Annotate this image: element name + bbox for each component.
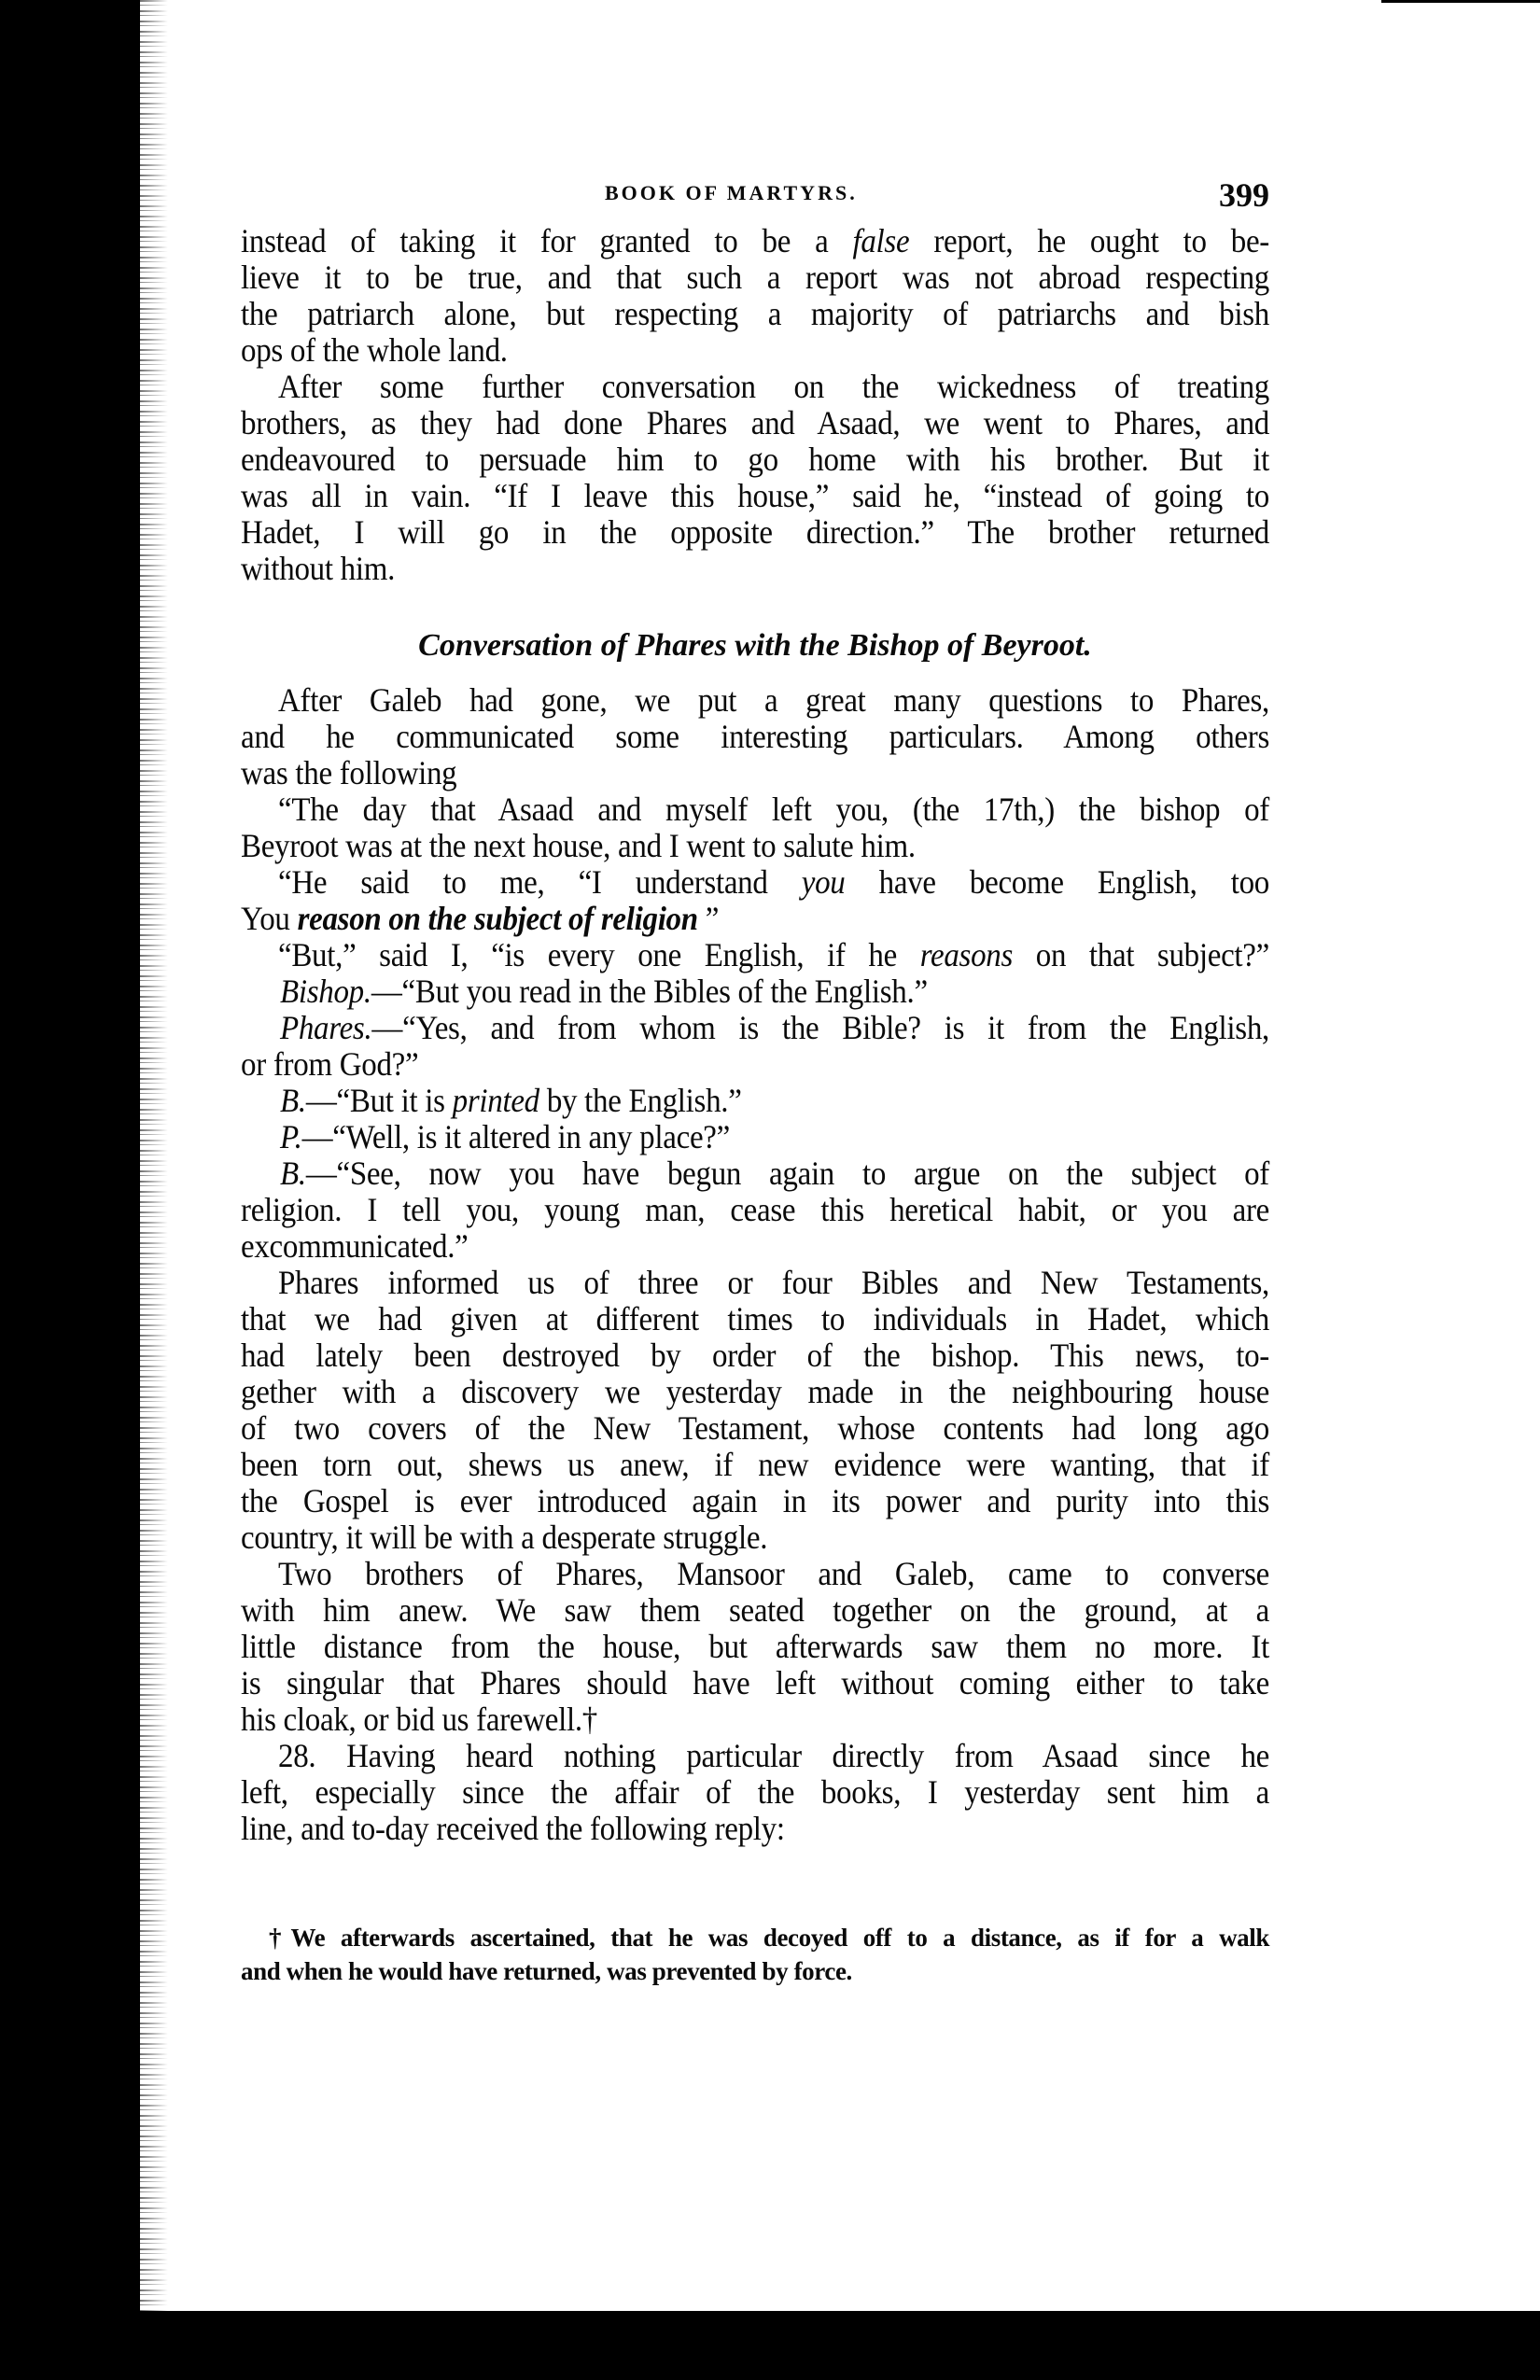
text-line: brothers, as they had done Phares and As… xyxy=(241,404,1269,443)
dialogue-line: excommunicated.” xyxy=(241,1227,1269,1267)
text-line: been torn out, shews us anew, if new evi… xyxy=(241,1446,1269,1485)
text-line: is singular that Phares should have left… xyxy=(241,1664,1269,1703)
scan-top-edge xyxy=(1381,0,1540,3)
text-line: ops of the whole land. xyxy=(241,331,1269,371)
dialogue-line: B.—“See, now you have begun again to arg… xyxy=(241,1155,1269,1194)
text-line: the patriarch alone, but respecting a ma… xyxy=(241,295,1269,334)
dialogue-line: “But,” said I, “is every one English, if… xyxy=(241,936,1269,975)
text-line: his cloak, or bid us farewell.† xyxy=(241,1701,1269,1740)
paragraph-start: 28. Having heard nothing particular dire… xyxy=(241,1737,1269,1776)
dialogue-line: P.—“Well, is it altered in any place?” xyxy=(241,1118,1269,1157)
text-line: Hadet, I will go in the opposite directi… xyxy=(241,513,1269,553)
section-heading: Conversation of Phares with the Bishop o… xyxy=(241,627,1269,665)
paragraph-start: Two brothers of Phares, Mansoor and Gale… xyxy=(241,1555,1269,1594)
text-line: gether with a discovery we yesterday mad… xyxy=(241,1373,1269,1412)
footnote: †We afterwards ascertained, that he was … xyxy=(241,1921,1269,1988)
text-line: of two covers of the New Testament, whos… xyxy=(241,1409,1269,1449)
text-line: instead of taking it for granted to be a… xyxy=(241,222,1269,261)
text-line: had lately been destroyed by order of th… xyxy=(241,1337,1269,1376)
footnote-line: and when he would have returned, was pre… xyxy=(241,1954,1269,1988)
paragraph-start: After some further conversation on the w… xyxy=(241,368,1269,407)
dialogue-line: religion. I tell you, young man, cease t… xyxy=(241,1191,1269,1230)
text-line: lieve it to be true, and that such a rep… xyxy=(241,259,1269,298)
text-line: country, it will be with a desperate str… xyxy=(241,1519,1269,1558)
text-line: with him anew. We saw them seated togeth… xyxy=(241,1591,1269,1631)
dialogue-line: or from God?” xyxy=(241,1045,1269,1085)
text-line: the Gospel is ever introduced again in i… xyxy=(241,1482,1269,1521)
dialogue-line: “The day that Asaad and myself left you,… xyxy=(241,791,1269,830)
text-line: was the following xyxy=(241,754,1269,793)
dialogue-line: Phares.—“Yes, and from whom is the Bible… xyxy=(241,1009,1269,1048)
dialogue-line: You reason on the subject of religion ” xyxy=(241,900,1269,939)
body-text-top: instead of taking it for granted to be a… xyxy=(241,224,1269,588)
text-line: without him. xyxy=(241,550,1269,589)
text-line: that we had given at different times to … xyxy=(241,1300,1269,1339)
dialogue-line: “He said to me, “I understand you have b… xyxy=(241,863,1269,903)
paragraph-start: Phares informed us of three or four Bibl… xyxy=(241,1264,1269,1303)
running-head: Book of Martyrs. 399 xyxy=(241,175,1269,213)
text-line: little distance from the house, but afte… xyxy=(241,1628,1269,1667)
text-line: line, and to-day received the following … xyxy=(241,1810,1269,1849)
dialogue-line: Bishop.—“But you read in the Bibles of t… xyxy=(241,973,1269,1012)
dialogue-line: Beyroot was at the next house, and I wen… xyxy=(241,827,1269,866)
paragraph-start: After Galeb had gone, we put a great man… xyxy=(241,681,1269,721)
footnote-line: †We afterwards ascertained, that he was … xyxy=(241,1921,1269,1954)
page-number: 399 xyxy=(1219,175,1269,215)
body-text-main: After Galeb had gone, we put a great man… xyxy=(241,683,1269,1848)
text-line: left, especially since the affair of the… xyxy=(241,1773,1269,1813)
running-title: Book of Martyrs. xyxy=(605,181,858,205)
scan-edge-noise xyxy=(140,0,168,2315)
scan-bottom-border xyxy=(0,2311,1540,2380)
text-line: was all in vain. “If I leave this house,… xyxy=(241,477,1269,516)
text-line: and he communicated some interesting par… xyxy=(241,718,1269,757)
scan-left-border xyxy=(0,0,140,2380)
text-line: endeavoured to persuade him to go home w… xyxy=(241,441,1269,480)
dialogue-line: B.—“But it is printed by the English.” xyxy=(241,1082,1269,1121)
